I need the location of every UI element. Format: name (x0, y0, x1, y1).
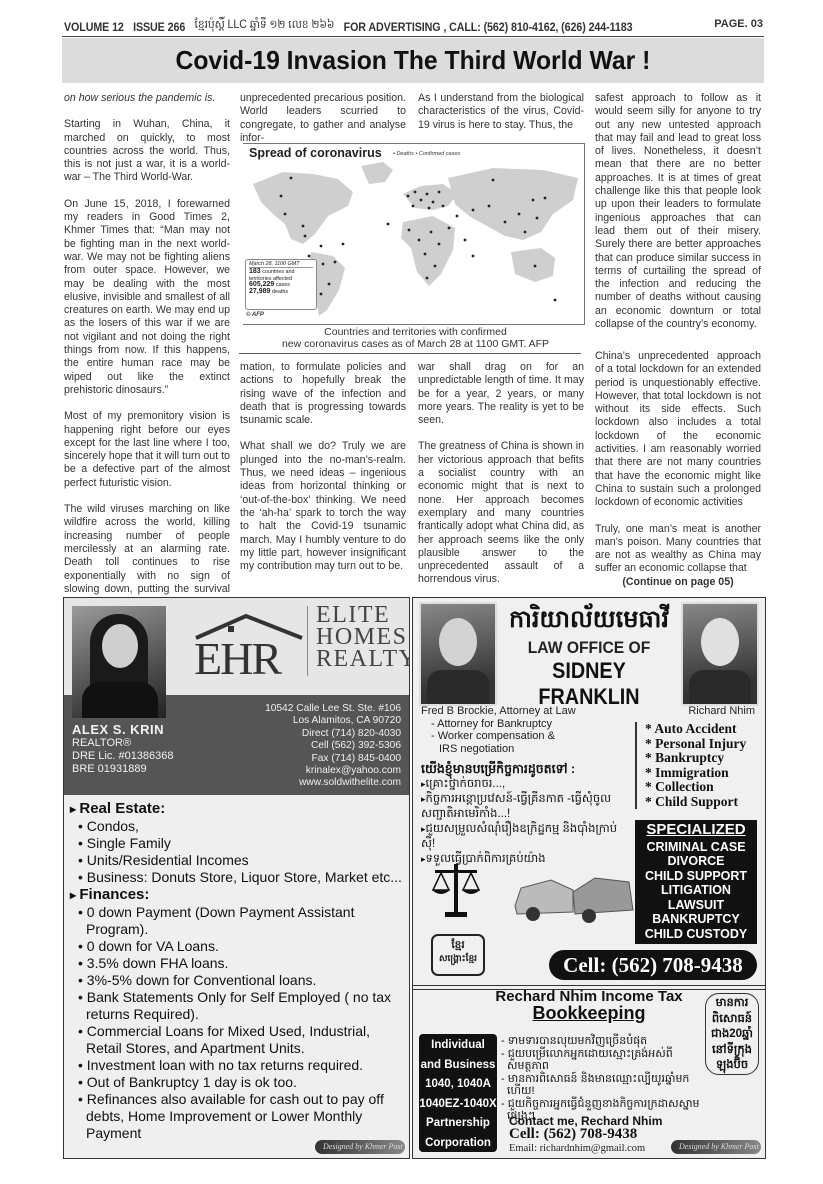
badge-line: នៅទីក្រុង (706, 1043, 758, 1059)
tax-subtitle: Bookkeeping (475, 1005, 703, 1022)
attorney-item: IRS negotiation (421, 743, 576, 756)
specialty: DIVORCE (635, 854, 757, 869)
article-column-1: on how serious the pandemic is. Starting… (64, 92, 230, 622)
paragraph: As I understand from the biological char… (418, 92, 584, 132)
inset-cases-label: cases (276, 282, 290, 288)
specialty: CRIMINAL CASE (635, 840, 757, 855)
tax-services-box: Individual and Business 1040, 1040A 1040… (419, 1034, 497, 1152)
inset-deaths: 27,989 (249, 288, 270, 295)
article-column-2-bottom: mation, to formulate policies and action… (240, 361, 406, 586)
khmer-badge: ខ្មែរ សង្គ្រោះខ្មែរ (431, 934, 485, 976)
khmer-badge-line-2: សង្គ្រោះខ្មែរ (433, 952, 483, 965)
list-item: កិច្ចការអន្តោប្រវេសន៍-ធ្វើគ្រីនកាត -ធ្វើ… (421, 792, 626, 822)
list-item: 3%-5% down for Conventional loans. (70, 972, 405, 989)
tax-ad-title: Rechard Nhim Income Tax Bookkeeping (475, 988, 703, 1022)
practice-area: * Child Support (645, 795, 746, 810)
fax: Fax (714) 845-0400 (265, 753, 401, 765)
attorney-info: Fred B Brockie, Attorney at Law - Attorn… (421, 705, 576, 755)
tax-khmer-items: - ទាមទារបានលុយមកវិញច្រើនបំផុត - ជួយបម្រើ… (501, 1035, 701, 1123)
realty-ad: EHR ELITE HOMES REALTY ALEX S. KRIN REAL… (63, 597, 410, 1159)
practice-area: * Personal Injury (645, 737, 746, 752)
list-item: Business: Donuts Store, Liquor Store, Ma… (70, 869, 405, 886)
experience-badge: មានការ ពិសោធន៍ ជាង20ឆ្នាំ នៅទីក្រុង ឡុងប… (705, 993, 759, 1075)
paragraph: unprecedented precarious position. World… (240, 92, 406, 145)
address-line-1: 10542 Calle Lee St. Ste. #106 (265, 703, 401, 715)
brand-line-1: ELITE (316, 604, 410, 626)
khmer-services: យើងខ្ញុំមានបម្រើកិច្ចការដូចតទៅ : គ្រោះថ្… (421, 762, 626, 867)
world-map: Spread of coronavirus • Deaths • Confirm… (243, 143, 585, 325)
paragraph: What shall we do? Truly we are plunged i… (240, 440, 406, 573)
partner-name: Richard Nhim (688, 705, 755, 717)
khmer-services-heading: យើងខ្ញុំមានបម្រើកិច្ចការដូចតទៅ : (421, 762, 626, 777)
paragraph: On June 15, 2018, I forewarned my reader… (64, 198, 230, 397)
realty-services: Real Estate: Condos, Single Family Units… (70, 800, 405, 1142)
law-office-ad: ការិយាល័យមេធាវី LAW OFFICE OF SIDNEY FRA… (412, 597, 766, 1159)
badge-line: ពិសោធន៍ (706, 1012, 758, 1028)
list-item: 0 down for VA Loans. (70, 938, 405, 955)
title-band: Covid-19 Invasion The Third World War ! (62, 38, 764, 83)
article-column-3-bottom: war shall drag on for an unpredictable l… (418, 361, 584, 626)
specialty: CHILD SUPPORT (635, 869, 757, 884)
caption-divider (239, 353, 581, 354)
scales-of-justice-icon (431, 860, 481, 920)
ehr-letters: EHR (194, 632, 280, 685)
real-estate-heading: Real Estate: (70, 800, 405, 818)
paragraph: The wild viruses marching on like wildfi… (64, 503, 230, 609)
map-caption: Countries and territories with confirmed… (243, 326, 588, 350)
map-legend: • Deaths • Confirmed cases (393, 151, 460, 157)
tax-email-link[interactable]: Email: richardnhim@gmail.com (509, 1143, 645, 1154)
designer-credit: Designed by Khmer Post (671, 1140, 761, 1154)
specialized-box: SPECIALIZED CRIMINAL CASE DIVORCE CHILD … (635, 820, 757, 944)
cell-phone: Cell (562) 392-5306 (265, 740, 401, 752)
practice-area: * Immigration (645, 766, 746, 781)
practice-area: * Collection (645, 780, 746, 795)
tax-service: Partnership (419, 1114, 497, 1134)
article-column-3-top: As I understand from the biological char… (418, 92, 584, 145)
agent-name: ALEX S. KRIN (72, 723, 174, 736)
badge-line: ជាង20ឆ្នាំ (706, 1027, 758, 1043)
khmer-law-office-title: ការិយាល័យមេធាវី (499, 604, 679, 639)
list-item: Investment loan with no tax returns requ… (70, 1057, 405, 1074)
inset-date: March 28, 1100 GMT (249, 261, 313, 268)
partner-photo (681, 602, 759, 706)
attorney-name: Fred B Brockie, Attorney at Law (421, 705, 576, 718)
paragraph: Starting in Wuhan, China, it marched on … (64, 118, 230, 184)
list-item: Single Family (70, 835, 405, 852)
list-item: Bank Statements Only for Self Employed (… (70, 989, 405, 1023)
paragraph: Most of my premonitory vision is happeni… (64, 410, 230, 490)
article-title: Covid-19 Invasion The Third World War ! (176, 45, 651, 76)
map-title: Spread of coronavirus (249, 146, 382, 160)
tax-cell-phone[interactable]: Cell: (562) 708-9438 (509, 1126, 637, 1143)
agent-title: REALTOR® (72, 737, 174, 750)
inset-deaths-label: deaths (272, 289, 288, 295)
paragraph: war shall drag on for an unpredictable l… (418, 361, 584, 427)
list-item: - ជួយបម្រើលោកអ្នកដោយស្មោះត្រង់អស់ពីសមត្ថ… (501, 1048, 701, 1073)
volume: VOLUME 12 (64, 22, 124, 34)
list-item: គ្រោះថ្នាក់ចរាចរ..., (421, 777, 626, 792)
agent-info: ALEX S. KRIN REALTOR® DRE Lic. #01386368… (72, 723, 174, 776)
tax-service: Individual (419, 1036, 497, 1056)
website-link[interactable]: www.soldwithelite.com (265, 777, 401, 789)
list-item: Out of Bankruptcy 1 day is ok too. (70, 1074, 405, 1091)
brand-line-3: REALTY (316, 648, 410, 670)
caption-line-1: Countries and territories with confirmed (243, 326, 588, 338)
attorney-item: - Worker compensation & (421, 730, 576, 743)
bre-license: BRE 01931889 (72, 763, 174, 776)
header-divider (62, 36, 764, 37)
khmer-badge-line-1: ខ្មែរ (433, 939, 483, 952)
email-link[interactable]: krinalex@yahoo.com (265, 765, 401, 777)
finances-heading: Finances: (70, 886, 405, 904)
list-item: 3.5% down FHA loans. (70, 955, 405, 972)
list-item: ជួយសម្រួលសំណុំរឿងឧក្រិដ្ឋកម្ម និងប៉ាំងក្… (421, 822, 626, 852)
article-column-4: safest approach to follow as it would se… (595, 92, 761, 344)
specialized-title: SPECIALIZED (635, 823, 757, 838)
map-credit: © AFP (246, 312, 264, 318)
paragraph: The greatness of China is shown in her v… (418, 440, 584, 586)
designer-credit: Designed by Khmer Post (315, 1140, 405, 1154)
paragraph: China’s unprecedented approach of a tota… (595, 350, 761, 510)
specialty: BANKRUPTCY (635, 912, 757, 927)
issue: ISSUE 266 (133, 22, 185, 34)
specialty: LITIGATION (635, 883, 757, 898)
paragraph: safest approach to follow as it would se… (595, 92, 761, 331)
law-office-of: LAW OFFICE OF (506, 638, 672, 658)
brand-line-2: HOMES (316, 626, 410, 648)
map-figure: Spread of coronavirus • Deaths • Confirm… (243, 143, 588, 353)
tax-service: and Business (419, 1056, 497, 1076)
article-column-4-bottom: China’s unprecedented approach of a tota… (595, 350, 761, 589)
publication-name: ខ្មែរប៉ុស្តិ៍ LLC ឆ្នាំទី ១២ លេខ ២៦៦ (194, 17, 334, 34)
list-item: 0 down Payment (Down Payment Assistant P… (70, 904, 405, 938)
list-item: - មានការពិសោធន៍ និងមានឈ្មោះល្បីយូរឆ្នាំម… (501, 1073, 701, 1098)
ehr-logo: EHR (194, 612, 304, 682)
advertising-contact: FOR ADVERTISING , CALL: (562) 810-4162, … (344, 22, 633, 34)
tax-service: 1040, 1040A (419, 1075, 497, 1095)
badge-line: មានការ (706, 996, 758, 1012)
firm-name: SIDNEY FRANKLIN (504, 658, 673, 710)
list-item: Condos, (70, 818, 405, 835)
logo-divider (307, 606, 308, 676)
address-line-2: Los Alamitos, CA 90720 (265, 715, 401, 727)
caption-line-2: new coronavirus cases as of March 28 at … (243, 338, 588, 350)
badge-line: ឡុងប៊ិច (706, 1058, 758, 1074)
inset-countries: 183 (249, 268, 261, 275)
practice-area: * Bankruptcy (645, 751, 746, 766)
tax-service: Corporation (419, 1134, 497, 1154)
direct-phone: Direct (714) 820-4030 (265, 728, 401, 740)
page-number: PAGE. 03 (714, 18, 763, 30)
tax-service: 1040EZ-1040X (419, 1095, 497, 1115)
agent-photo (72, 606, 166, 718)
paragraph: Truly, one man’s meat is another man’s p… (595, 523, 761, 576)
list-item: Commercial Loans for Mixed Used, Industr… (70, 1023, 405, 1057)
continue-link[interactable]: (Continue on page 05) (595, 576, 761, 589)
list-item: - ទាមទារបានលុយមកវិញច្រើនបំផុត (501, 1035, 701, 1048)
paragraph: on how serious the pandemic is. (64, 92, 230, 105)
attorney-item: - Attorney for Bankruptcy (421, 718, 576, 731)
masthead-bar: VOLUME 12 ISSUE 266 ខ្មែរប៉ុស្តិ៍ LLC ឆ្… (64, 14, 715, 34)
specialty: LAWSUIT (635, 898, 757, 913)
realty-contact: 10542 Calle Lee St. Ste. #106 Los Alamit… (265, 703, 401, 790)
attorney-photo (419, 602, 497, 706)
brand-name: ELITE HOMES REALTY (316, 604, 410, 670)
car-accident-image (511, 866, 635, 926)
list-item: Units/Residential Incomes (70, 852, 405, 869)
practice-area: * Auto Accident (645, 722, 746, 737)
paragraph: mation, to formulate policies and action… (240, 361, 406, 427)
specialty: CHILD CUSTODY (635, 927, 757, 942)
practice-areas: * Auto Accident * Personal Injury * Bank… (635, 722, 746, 809)
law-cell-phone[interactable]: Cell: (562) 708-9438 (549, 950, 757, 980)
dre-license: DRE Lic. #01386368 (72, 750, 174, 763)
map-stats-inset: March 28, 1100 GMT 183 countries and ter… (245, 259, 317, 310)
list-item: Refinances also available for cash out t… (70, 1091, 405, 1142)
